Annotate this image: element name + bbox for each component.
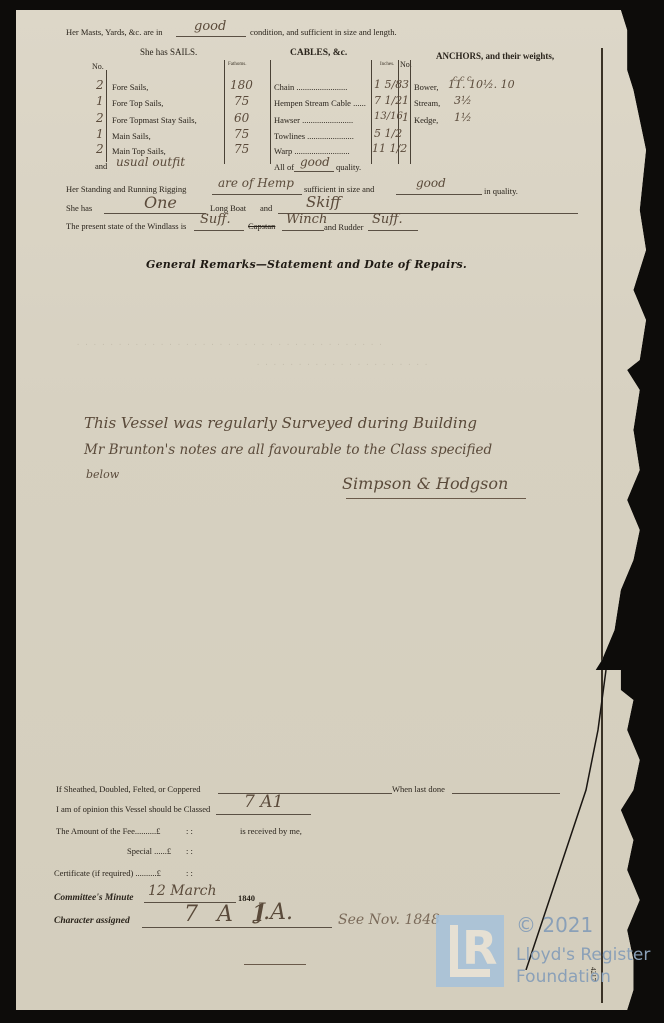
divider (270, 60, 271, 164)
cables-all-of-suffix: quality. (336, 162, 361, 172)
cable-inches: 11 1/2 (372, 142, 407, 155)
cable-label: Chain ........................ (274, 82, 347, 92)
remarks-line-1: This Vessel was regularly Surveyed durin… (84, 414, 477, 432)
sheathed-label: If Sheathed, Doubled, Felted, or Coppere… (56, 784, 200, 794)
sail-label: Fore Sails, (112, 82, 148, 92)
sail-no: 2 (96, 111, 104, 125)
boats-skiff-value: Skiff (306, 193, 341, 211)
document-page: Her Masts, Yards, &c. are in good condit… (16, 10, 646, 1010)
fee-colons: : : (186, 826, 193, 836)
sail-no: 2 (96, 142, 104, 156)
sail-no: 1 (96, 94, 104, 108)
minute-label: Committee's Minute (54, 893, 133, 903)
rigging-suffix: in quality. (484, 186, 518, 196)
anchor-no: 1 (402, 111, 409, 124)
certificate-colons: : : (186, 868, 193, 878)
initials: J.A. (256, 900, 293, 925)
divider (106, 70, 107, 162)
special-label: Special ......£ (127, 846, 171, 856)
anchor-no: 1 (402, 94, 409, 107)
divider (224, 60, 225, 164)
see-note: See Nov. 1848 (338, 912, 440, 928)
rudder-value: Suff. (372, 212, 403, 227)
fathoms-header: Fathoms. (228, 62, 246, 67)
sails-no-header: No. (92, 62, 104, 71)
opinion-label: I am of opinion this Vessel should be Cl… (56, 804, 210, 814)
sail-label: Main Sails, (112, 131, 151, 141)
rigging-value: are of Hemp (218, 176, 294, 190)
logo-r-glyph: R (462, 921, 497, 975)
cable-label: Towlines ...................... (274, 131, 354, 141)
anchors-header: ANCHORS, and their weights, (436, 51, 554, 61)
sail-no: 1 (96, 127, 104, 141)
when-last-done-blank (452, 783, 560, 794)
windlass-value: Suff. (200, 212, 231, 227)
boats-value: One (144, 193, 177, 212)
cable-label: Hawser ........................ (274, 115, 353, 125)
masts-value: good (194, 19, 226, 34)
cable-inches: 7 1/2 (374, 94, 402, 107)
anchor-weights: 3½ (454, 94, 472, 107)
cable-label: Hempen Stream Cable ...... (274, 98, 366, 108)
surveyor-signature: Simpson & Hodgson (342, 474, 508, 493)
remarks-title: General Remarks—Statement and Date of Re… (146, 258, 467, 271)
right-border-line (601, 48, 603, 1003)
boats-label: She has (66, 203, 92, 213)
cable-fathoms: 75 (234, 94, 249, 108)
sails-header: She has SAILS. (140, 47, 197, 57)
cable-fathoms: 180 (230, 78, 253, 92)
anchor-weights: 1½ (454, 111, 472, 124)
divider (410, 60, 411, 164)
anchor-label: Kedge, (414, 115, 438, 125)
remarks-line-3: below (86, 468, 119, 481)
initials-underline (244, 964, 306, 965)
character-label: Character assigned (54, 916, 130, 926)
watermark-copyright: © 2021 (516, 913, 593, 937)
anchor-weights: 11. 10½. 10 (448, 78, 515, 91)
watermark-org-line2: Foundation (516, 967, 611, 987)
watermark-org-line1: Lloyd's Register (516, 945, 650, 965)
winch-value: Winch (286, 212, 327, 227)
cable-inches: 5 1/2 (374, 127, 402, 140)
capstan-label: Capstan (248, 221, 275, 231)
sails-and-label: and (95, 161, 107, 171)
cable-fathoms: 75 (234, 127, 249, 141)
sail-label: Fore Top Sails, (112, 98, 163, 108)
remarks-line-2: Mr Brunton's notes are all favourable to… (84, 442, 492, 458)
signature-underline (346, 498, 526, 499)
windlass-label: The present state of the Windlass is (66, 221, 186, 231)
anchor-label: Bower, (414, 82, 438, 92)
cables-all-of-value: good (300, 155, 330, 169)
rigging-quality-value: good (416, 176, 446, 190)
opinion-value: 7 A1 (244, 792, 283, 812)
masts-suffix: condition, and sufficient in size and le… (250, 27, 397, 37)
inches-header: Inches. (380, 62, 394, 67)
cables-header: CABLES, &c. (290, 48, 347, 58)
certificate-label: Certificate (if required) ..........£ (54, 868, 161, 878)
masts-label: Her Masts, Yards, &c. are in (66, 27, 163, 37)
cable-fathoms: 60 (234, 111, 249, 125)
special-colons: : : (186, 846, 193, 856)
boats-and-label: and (260, 203, 272, 213)
minute-value: 12 March (148, 883, 217, 899)
when-last-done-label: When last done (392, 784, 445, 794)
fee-label: The Amount of the Fee..........£ (56, 826, 160, 836)
cables-all-of-label: All of (274, 162, 294, 172)
cable-inches: 13/16 (374, 111, 403, 122)
anchor-no: 3 (402, 78, 409, 91)
sail-label: Fore Topmast Stay Sails, (112, 115, 197, 125)
sails-and-value: usual outfit (116, 155, 185, 169)
fee-suffix: is received by me, (240, 826, 302, 836)
anchor-label: Stream, (414, 98, 440, 108)
cable-fathoms: 75 (234, 142, 249, 156)
rudder-label: and Rudder (324, 222, 363, 232)
lr-logo-icon: R (436, 915, 504, 987)
cable-inches: 1 5/8 (374, 78, 402, 91)
sail-no: 2 (96, 78, 104, 92)
